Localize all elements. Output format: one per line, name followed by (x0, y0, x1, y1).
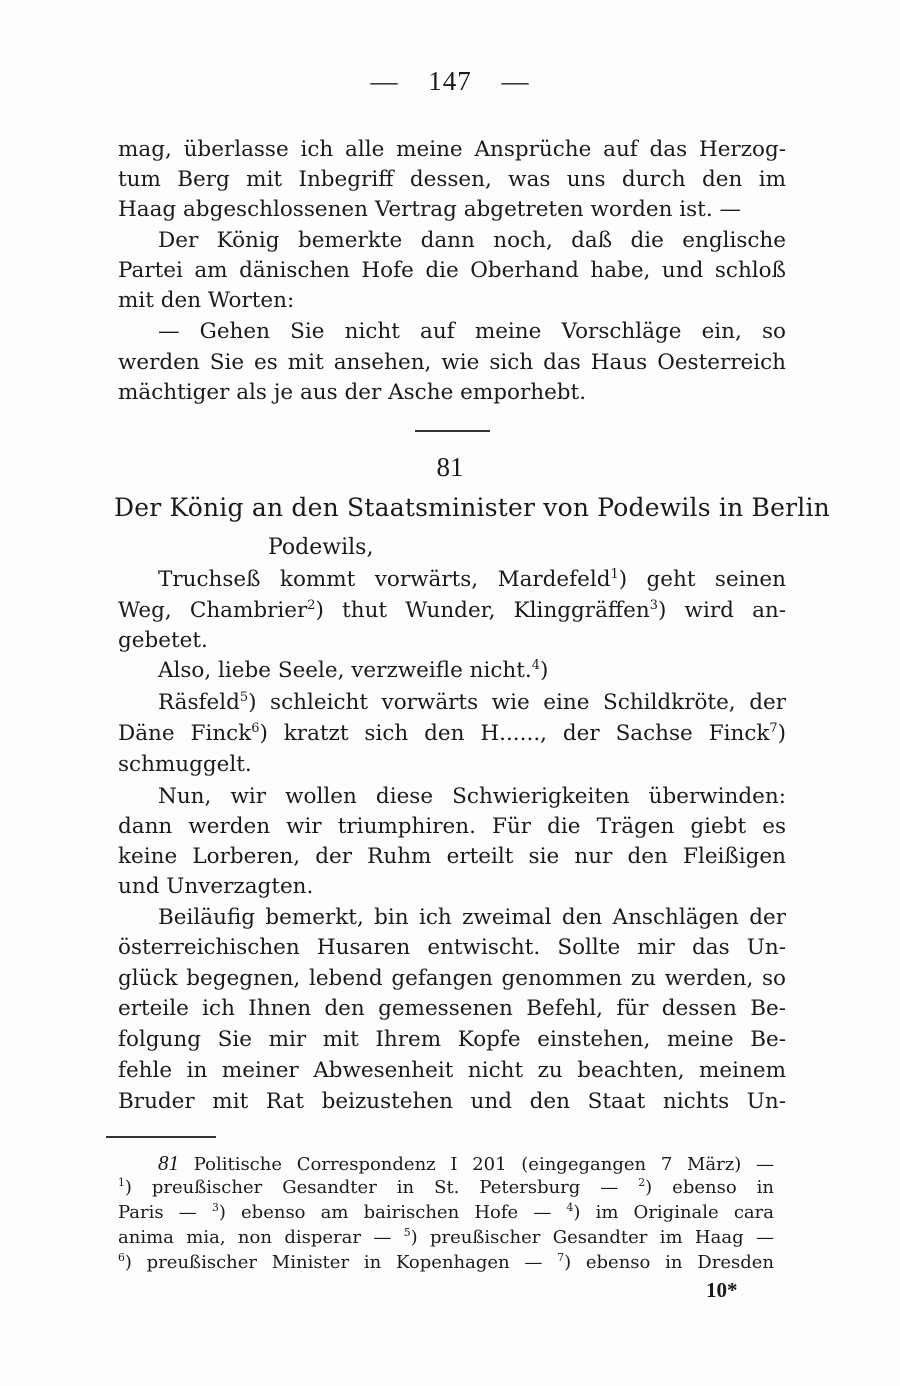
text-line: gebetet. (118, 626, 786, 656)
text-line: Weg, Chambrier2) thut Wunder, Klinggräff… (118, 596, 786, 626)
text-line: Bruder mit Rat beizustehen und den Staat… (118, 1087, 786, 1117)
text-line: Truchseß kommt vorwärts, Mardefeld1) geh… (118, 565, 786, 595)
text-line: Räsfeld5) schleicht vorwärts wie eine Sc… (118, 688, 786, 718)
signature-mark: 10* (706, 1278, 738, 1303)
text-line: werden Sie es mit ansehen, wie sich das … (118, 348, 786, 378)
page-number: 147 (428, 66, 472, 96)
text-line: Partei am dänischen Hofe die Oberhand ha… (118, 256, 786, 286)
text-line: schmuggelt. (118, 750, 786, 780)
header-dash-left: — (371, 66, 399, 97)
text-line: Däne Finck6) kratzt sich den H......, de… (118, 719, 786, 749)
text-line: und Unverzagten. (118, 872, 786, 902)
section-divider (415, 430, 490, 432)
footnote-line: 81 Politische Correspondenz I 201 (einge… (118, 1151, 774, 1176)
page-header: — 147 — (0, 66, 900, 97)
footnote-line: 1) preußischer Gesandter in St. Petersbu… (118, 1175, 774, 1200)
footnote-line: anima mia, non disperar — 5) preußischer… (118, 1225, 774, 1250)
letter-number: 81 (0, 452, 900, 483)
text-line: mit den Worten: (118, 286, 786, 316)
header-dash-right: — (502, 66, 530, 97)
footnote-line: Paris — 3) ebenso am bairischen Hofe — 4… (118, 1200, 774, 1225)
text-line: österreichischen Husaren entwischt. Soll… (118, 933, 786, 963)
text-line: tum Berg mit Inbegriff dessen, was uns d… (118, 165, 786, 195)
text-line: — Gehen Sie nicht auf meine Vorschläge e… (118, 317, 786, 347)
text-line: dann werden wir triumphiren. Für die Trä… (118, 812, 786, 842)
text-line: mag, überlasse ich alle meine Ansprüche … (118, 135, 786, 165)
text-line: fehle in meiner Abwesenheit nicht zu bea… (118, 1056, 786, 1086)
footnote-line: 6) preußischer Minister in Kopenhagen — … (118, 1250, 774, 1275)
text-line: mächtiger als je aus der Asche emporhebt… (118, 378, 786, 408)
text-line: glück begegnen, lebend gefangen genommen… (118, 964, 786, 994)
text-line: Haag abgeschlossenen Vertrag abgetreten … (118, 195, 786, 225)
text-line: folgung Sie mir mit Ihrem Kopfe einstehe… (118, 1025, 786, 1055)
text-line: Also, liebe Seele, verzweifle nicht.4) (118, 656, 786, 686)
footnote-rule (106, 1136, 216, 1138)
book-page: — 147 — mag, überlasse ich alle meine An… (0, 0, 900, 1386)
letter-title: Der König an den Staatsminister von Pode… (114, 490, 790, 526)
letter-salutation: Podewils, (268, 533, 373, 563)
text-line: Beiläufig bemerkt, bin ich zweimal den A… (118, 903, 786, 933)
text-line: Nun, wir wollen diese Schwierigkeiten üb… (118, 782, 786, 812)
text-line: erteile ich Ihnen den gemessenen Befehl,… (118, 994, 786, 1024)
text-line: Der König bemerkte dann noch, daß die en… (118, 226, 786, 256)
text-line: keine Lorberen, der Ruhm erteilt sie nur… (118, 842, 786, 872)
